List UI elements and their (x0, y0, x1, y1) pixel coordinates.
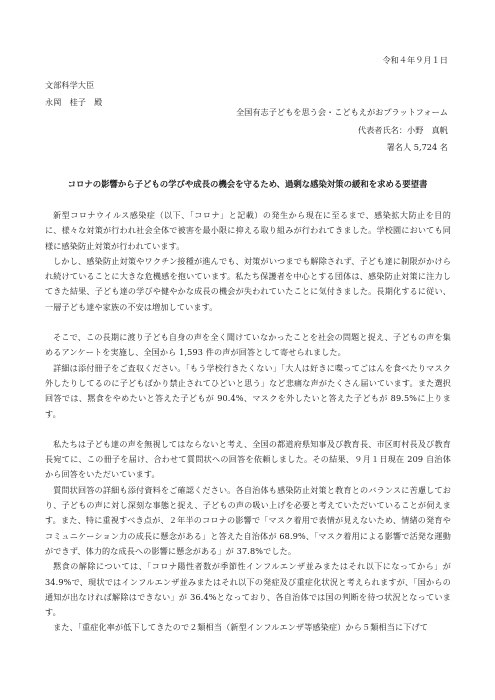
addressee-name: 永岡 桂子 殿 (45, 94, 102, 111)
body-paragraph: また、「重症化率が低下してきたので２類相当（新型インフルエンザ等感染症）から５類… (45, 620, 451, 635)
document-title: コロナの影響から子どもの学びや成長の機会を守るため、過剰な感染対策の緩和を求める… (0, 178, 495, 190)
sender-representative: 代表者氏名：小野 真帆 (236, 122, 448, 140)
paragraph-spacer (45, 422, 451, 437)
addressee-title: 文部科学大臣 (45, 77, 102, 94)
addressee-block: 文部科学大臣 永岡 桂子 殿 (45, 77, 102, 111)
sender-organization: 全国有志子どもを思う会・こどもえがおプラットフォーム (236, 104, 448, 122)
body-paragraph: 詳細は添付冊子をご査収ください。「もう学校行きたくない」「大人は好きに喋ってごは… (45, 361, 451, 422)
body-paragraph: しかし、感染防止対策やワクチン接種が進んでも、対策がいつまでも解除されず、子ども… (45, 254, 451, 315)
body-paragraph: 新型コロナウイルス感染症（以下、「コロナ」と記載）の発生から現在に至るまで、感染… (45, 208, 451, 254)
paragraph-spacer (45, 315, 451, 330)
body-paragraph: 私たちは子ども達の声を無視してはならないと考え、全国の都道府県知事及び教育長、市… (45, 437, 451, 483)
body-paragraph: 質問状回答の詳細も添付資料をご確認ください。各自治体も感染防止対策と教育とのバラ… (45, 483, 451, 559)
body-paragraph: そこで、この長期に渡り子ども自身の声を全く聞けていなかったことを社会の問題と捉え… (45, 330, 451, 361)
sender-signature-count: 署名人 5,724 名 (236, 139, 448, 157)
document-date: 令和４年９月１日 (382, 55, 448, 66)
sender-block: 全国有志子どもを思う会・こどもえがおプラットフォーム 代表者氏名：小野 真帆 署… (236, 104, 448, 157)
body-paragraph: 黙食の解除については、「コロナ陽性者数が季節性インフルエンザ並みまたはそれ以下に… (45, 559, 451, 620)
document-body: 新型コロナウイルス感染症（以下、「コロナ」と記載）の発生から現在に至るまで、感染… (45, 208, 451, 636)
document-page: 令和４年９月１日 文部科学大臣 永岡 桂子 殿 全国有志子どもを思う会・こどもえ… (0, 0, 495, 700)
